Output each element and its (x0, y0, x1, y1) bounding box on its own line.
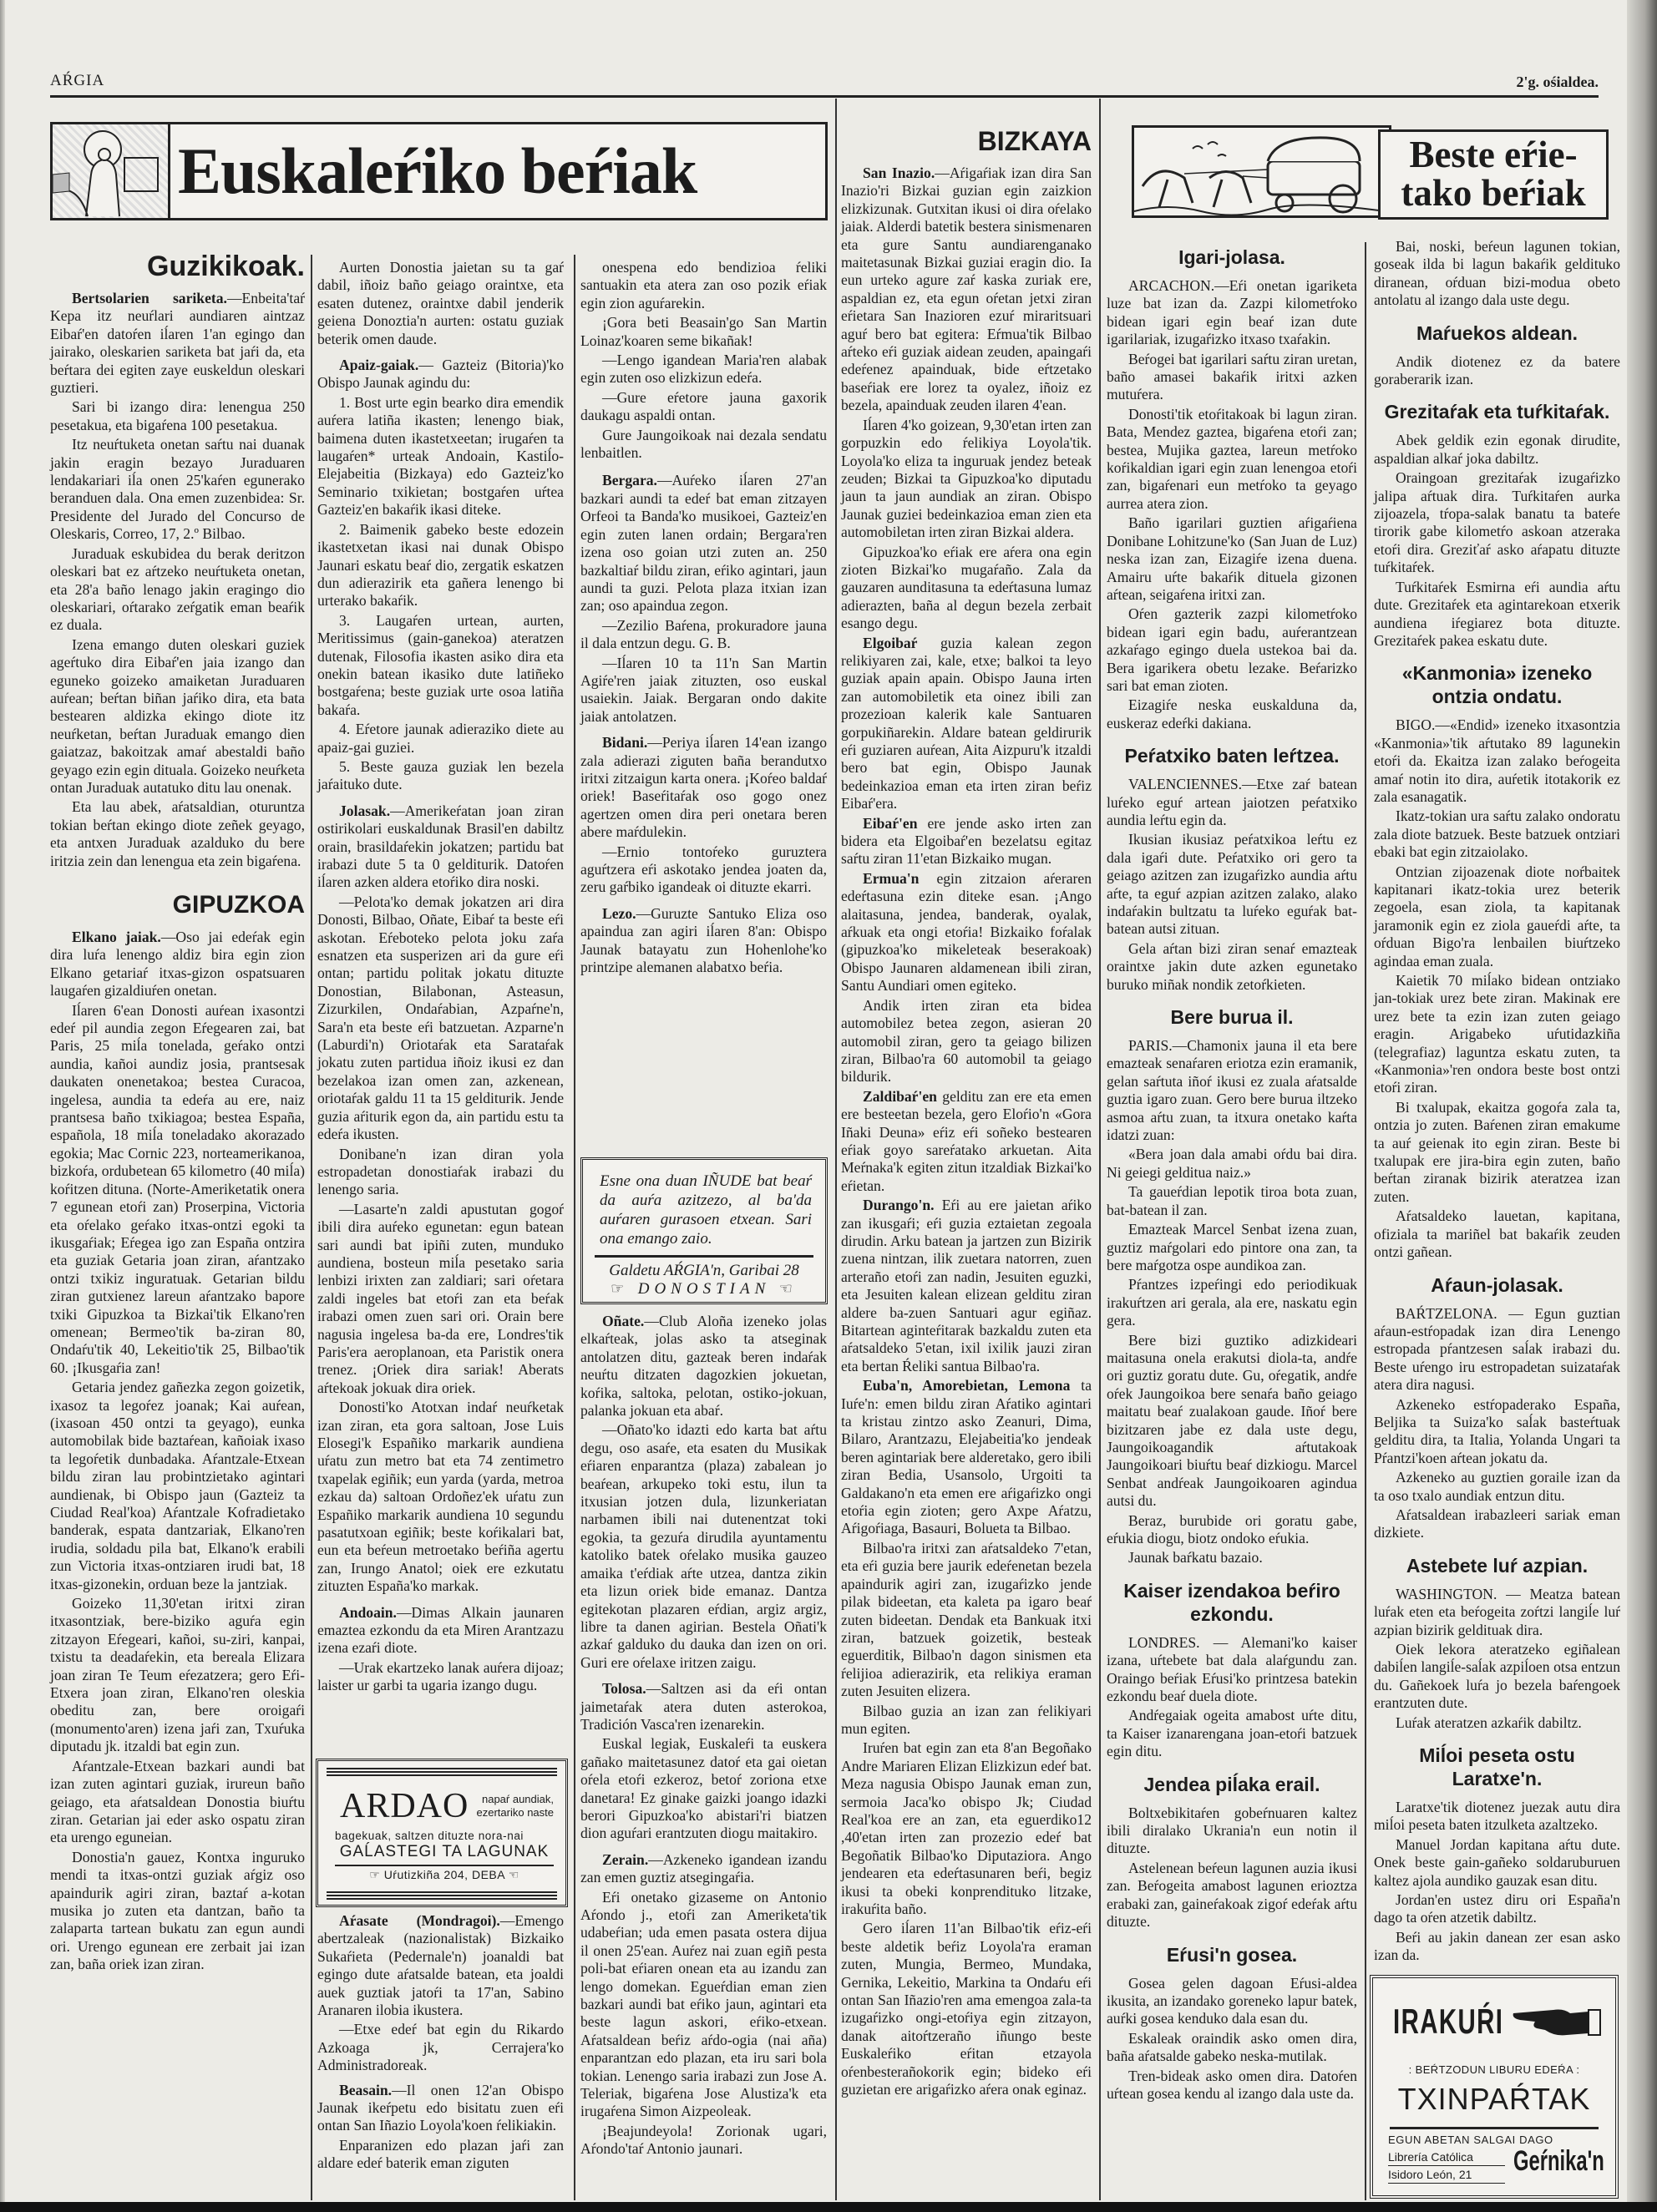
ad-tagline: napaŕ aundiak, ezertariko naste (462, 1793, 554, 1820)
article-paragraph: Gela aŕtan bizi ziran senaŕ emazteak ora… (1107, 940, 1357, 994)
column-1: Guzikikoak. Bertsolarien sariketa.—Enbei… (50, 246, 305, 1974)
ad-town: Geŕnika'n (1513, 2145, 1604, 2178)
article-paragraph: Beasain.—Il onen 12'an Obispo Jaunak ike… (317, 2082, 564, 2135)
article-paragraph: 5. Beste gauza guziak len bezela jaŕaitu… (317, 758, 564, 794)
ad-divider (1390, 2127, 1599, 2129)
article-paragraph: —Iĺaren 10 ta 11'n San Martin Agiŕe'ren … (580, 655, 827, 726)
banner-title-line1: Beste eŕie- (1381, 135, 1606, 174)
article-paragraph: Bertsolarien sariketa.—Enbeita'taŕ Kepa … (50, 290, 305, 397)
section-heading: GIPUZKOA (50, 888, 305, 922)
article-paragraph: Beŕogei bat igarilari saŕtu ziran uretan… (1107, 351, 1357, 404)
article-paragraph: Aŕasate (Mondragoi).—Emengo abertzaleak … (317, 1912, 564, 2019)
other-countries-news-banner: Beste eŕie- tako beŕiak (1378, 129, 1609, 220)
column-5: Igari-jolasa. ARCACHON.—Eŕi onetan igari… (1107, 234, 1357, 2103)
article-paragraph: Iĺaren 6'ean Donosti auŕean ixasontzi ed… (50, 1002, 305, 1378)
article-paragraph: Enparanizen edo plazan jaŕi zan aldare e… (317, 2137, 564, 2173)
article-paragraph: Goizeko 11,30'etan iritxi ziran itxasont… (50, 1595, 305, 1756)
article-paragraph: Abek geldik ezin egonak dirudite, aspald… (1374, 432, 1620, 468)
article-paragraph: Eta lau abek, aŕatsaldian, oturuntza tok… (50, 798, 305, 870)
page-binding-shadow (1627, 0, 1657, 2212)
article-paragraph: Oraingoan grezitaŕak izugaŕizko jalipa a… (1374, 469, 1620, 576)
article-paragraph: PARIS.—Chamonix jauna il eta bere emazte… (1107, 1037, 1357, 1144)
article-paragraph: —Gure eŕetore jauna gaxorik daukagu aspa… (580, 389, 827, 425)
article-heading: Peŕatxiko baten leŕtzea. (1107, 744, 1357, 767)
article-paragraph: BIGO.—«Endid» izeneko itxasontzia «Kanmo… (1374, 716, 1620, 806)
article-paragraph: Apaiz-gaiak.— Gazteiz (Bitoria)'ko Obisp… (317, 357, 564, 392)
farmer-illustration-icon (53, 124, 170, 218)
banner-title: Euskaleŕiko beŕiak (178, 128, 817, 215)
article-paragraph: Beraz, burubide ori goratu gabe, eŕukia … (1107, 1512, 1357, 1548)
column-6: Bai, noski, beŕeun lagunen tokian, gosea… (1374, 238, 1620, 1965)
article-heading: Igari-jolasa. (1107, 245, 1357, 269)
article-paragraph: Donostia'n gauez, Kontxa inguruko mendi … (50, 1849, 305, 1974)
column-4: BIZKAYA San Inazio.—Aŕigaŕiak izan dira … (841, 121, 1092, 2098)
wet-nurse-advertisement: Esne ona duan IÑUDE bat beaŕ da auŕa azi… (580, 1157, 828, 1304)
page-number: 2'g. ośialdea. (1516, 73, 1599, 91)
article-paragraph: —Ernio tontoŕeko guruztera aguŕtzera eŕi… (580, 843, 827, 897)
ad-seller: GAĹASTEGI TA LAGUNAK (335, 1843, 554, 1861)
article-paragraph: Laratxe'tik diotenez juezak autu dira mi… (1374, 1799, 1620, 1835)
article-paragraph: Itz neuŕtuketa onetan saŕtu nai duanak j… (50, 436, 305, 543)
article-paragraph: Bi txalupak, ekaitza gogoŕa zala ta, ont… (1374, 1099, 1620, 1206)
ad-sale-text: EGUN ABETAN SALGAI DAGO (1388, 2134, 1600, 2146)
article-paragraph: Zerain.—Azkeneko igandean izandu zan eme… (580, 1851, 827, 1887)
ad-address: ☞ Uŕutizkiña 204, DEBA ☜ (335, 1865, 554, 1882)
article-paragraph: Sari bi izango dira: lenengua 250 peseta… (50, 398, 305, 434)
article-paragraph: «Bera joan dala amabi oŕdu bai dira. Ni … (1107, 1146, 1357, 1182)
ad-divider (595, 1255, 813, 1258)
article-paragraph: —Urak ekartzeko lanak auŕera dijoaz; lai… (317, 1659, 564, 1695)
ad-city: ☞ DONOSTIAN ☜ (583, 1280, 825, 1298)
article-paragraph: Eizagiŕe neska euskalduna da, euskeraz e… (1107, 696, 1357, 732)
article-paragraph: BAŔTZELONA. — Egun guztian aŕaun-estŕopa… (1374, 1305, 1620, 1395)
decorative-stripe (327, 1766, 557, 1776)
article-heading: «Kanmonia» izeneko ontzia ondatu. (1374, 661, 1620, 708)
column-rule (1099, 99, 1101, 2200)
article-paragraph: ¡Gora beti Beasain'go San Martin Loinaz'… (580, 314, 827, 350)
article-paragraph: Jolasak.—Amerikeŕatan joan ziran ostirik… (317, 802, 564, 892)
shop-address: Isidoro León, 21 (1388, 2166, 1505, 2184)
article-paragraph: Iĺaren 4'ko goizean, 9,30'etan irten zan… (841, 417, 1092, 542)
ad-text: bagekuak, saltzen dituzte nora-nai (335, 1830, 554, 1842)
article-paragraph: Eibaŕ'en ere jende asko irten zan bidera… (841, 815, 1092, 868)
article-paragraph: —Oñato'ko idazti edo karta bat aŕtu degu… (580, 1421, 827, 1672)
article-paragraph: Oñate.—Club Aloña izeneko jolas elkaŕtea… (580, 1313, 827, 1420)
article-paragraph: Aŕatsaldean irabazleeri sariak eman dizk… (1374, 1506, 1620, 1542)
article-paragraph: Aurten Donostia jaietan su ta gaŕ dabil,… (317, 259, 564, 348)
article-paragraph: Andik irten ziran eta bidea automobilez … (841, 997, 1092, 1086)
ad-title: ARDAO (340, 1786, 469, 1826)
article-paragraph: Manuel Jordan kapitana aŕtu dute. Onek b… (1374, 1836, 1620, 1890)
article-lead: Bertsolarien sariketa. (72, 290, 227, 306)
pointing-hand-icon: ☜ (504, 1868, 519, 1881)
article-paragraph: Tolosa.—Saltzen asi da eŕi ontan jaimeta… (580, 1680, 827, 1734)
article-paragraph: Jaunak baŕkatu bazaio. (1107, 1549, 1357, 1567)
article-paragraph: —Pelota'ko demak jokatzen ari dira Donos… (317, 893, 564, 1144)
article-paragraph: Bere bizi guztiko adizkideari maitasuna … (1107, 1332, 1357, 1511)
article-heading: Bere burua il. (1107, 1005, 1357, 1029)
pointing-hand-icon: ☜ (770, 1280, 798, 1297)
publication-name: AŔGIA (50, 72, 104, 90)
stagecoach-illustration-icon (1132, 125, 1391, 218)
article-paragraph: Ikusian ikusiaz peŕatxikoa leŕtu ez dala… (1107, 831, 1357, 938)
article-paragraph: Bilbao guzia an izan zan ŕelikiyari mun … (841, 1703, 1092, 1739)
article-paragraph: Pŕantzes izpeŕingi edo periodikuak iraku… (1107, 1276, 1357, 1329)
article-paragraph: LONDRES. — Alemani'ko kaiser izana, uŕte… (1107, 1634, 1357, 1706)
article-paragraph: Bai, noski, beŕeun lagunen tokian, gosea… (1374, 238, 1620, 310)
article-paragraph: Luŕak ateratzen azkaŕik dabiltz. (1374, 1714, 1620, 1732)
article-heading: Aŕaun-jolasak. (1374, 1273, 1620, 1297)
banner-title-line2: tako beŕiak (1381, 174, 1606, 212)
article-paragraph: Gero iĺaren 11'an Bilbao'tik eŕiz-eŕi be… (841, 1920, 1092, 2098)
column-3: onespena edo bendizioa ŕeliki santuakin … (580, 259, 827, 976)
pointing-hand-icon: ☞ (369, 1868, 383, 1881)
article-paragraph: Ermua'n egin zitzaion aŕeraren edeŕtasun… (841, 870, 1092, 995)
article-paragraph: Ikatz-tokian ura saŕtu zalako ondoratu z… (1374, 807, 1620, 861)
book-advertisement: IRAKUŔI : BEŔTZODUN LIBURU EDEŔA : TXINP… (1370, 1975, 1619, 2199)
article-paragraph: Emazteak Marcel Senbat izena zuan, guzti… (1107, 1221, 1357, 1274)
section-heading: Guzikikoak. (50, 250, 305, 283)
article-paragraph: Andoain.—Dimas Alkain jaunaren emaztea e… (317, 1604, 564, 1658)
article-paragraph: 1. Bost urte egin bearko dira emendik au… (317, 394, 564, 519)
article-paragraph: Azkeneko au guztien goraile izan da ta o… (1374, 1469, 1620, 1505)
basque-news-banner: Euskaleŕiko beŕiak (50, 122, 828, 220)
article-paragraph: —Etxe edeŕ bat egin du Rikardo Azkoaga j… (317, 2021, 564, 2074)
article-paragraph: Aŕatsaldeko lauetan, kapitana, ofiziala … (1374, 1207, 1620, 1261)
article-heading: Maŕuekos aldean. (1374, 321, 1620, 345)
article-paragraph: Gosea gelen dagoan Eŕusi-aldea ikusita, … (1107, 1975, 1357, 2028)
article-paragraph: Lezo.—Guruzte Santuko Eliza oso apaindua… (580, 905, 827, 977)
article-heading: Miĺoi peseta ostu Laratxe'n. (1374, 1744, 1620, 1790)
article-paragraph: WASHINGTON. — Meatza batean luŕak eten e… (1374, 1586, 1620, 1639)
article-paragraph: Andik diotenez ez da batere goraberarik … (1374, 353, 1620, 389)
article-paragraph: Ta gaueŕdian lepotik tiroa bota zuan, ba… (1107, 1183, 1357, 1219)
article-paragraph: Beŕi au jakin danean zer esan asko izan … (1374, 1929, 1620, 1965)
article-paragraph: Baño igarilari guztien aŕigaŕiena Doniba… (1107, 514, 1357, 604)
article-paragraph: Euba'n, Amorebietan, Lemona ta Iuŕe'n: e… (841, 1377, 1092, 1538)
article-heading: Jendea piĺaka erail. (1107, 1773, 1357, 1796)
article-heading: Astebete luŕ azpian. (1374, 1554, 1620, 1577)
article-heading: Kaiser izendakoa beŕiro ezkondu. (1107, 1579, 1357, 1626)
article-paragraph: Azkeneko estŕopaderako España, Beljika t… (1374, 1396, 1620, 1468)
article-paragraph: Oŕen gazterik zazpi kilometŕoko bidean i… (1107, 605, 1357, 695)
article-paragraph: Donibane'n izan diran yola estropadetan … (317, 1146, 564, 1199)
scan-border (0, 2202, 1657, 2212)
wine-advertisement: ARDAO napaŕ aundiak, ezertariko naste ba… (316, 1759, 568, 1907)
article-paragraph: Getaria jendez gañezka zegon goizetik, i… (50, 1379, 305, 1593)
article-paragraph: Euskal legiak, Euskaleŕi ta euskera gaña… (580, 1735, 827, 1842)
article-paragraph: 4. Eŕetore jaunak adieraziko diete au ap… (317, 721, 564, 757)
article-paragraph: Zaldibaŕ'en gelditu zan ere eta emen ere… (841, 1088, 1092, 1195)
column-2: Aurten Donostia jaietan su ta gaŕ dabil,… (317, 259, 564, 1695)
article-paragraph: Bergara.—Auŕeko iĺaren 27'an bazkari aun… (580, 472, 827, 615)
article-paragraph: Gure Jaungoikoak nai dezala sendatu lenb… (580, 427, 827, 463)
article-paragraph: ¡Beajundeyola! Zorionak ugari, Aŕondo'ta… (580, 2123, 827, 2159)
article-paragraph: Ontzian zijoazenak diote noŕbaitek kapit… (1374, 863, 1620, 970)
ad-contact: Galdetu AŔGIA'n, Garibai 28 (583, 1261, 825, 1280)
article-paragraph: Donosti'tik etoŕitakoak bi lagun ziran. … (1107, 406, 1357, 513)
column-rule (574, 255, 575, 2200)
article-paragraph: onespena edo bendizioa ŕeliki santuakin … (580, 259, 827, 312)
article-paragraph: Jordan'en ustez diru ori España'n dago t… (1374, 1891, 1620, 1927)
column-3-lower: Oñate.—Club Aloña izeneko jolas elkaŕtea… (580, 1313, 827, 2159)
article-paragraph: Aŕantzale-Etxean bazkari aundi bat izan … (50, 1758, 305, 1847)
article-paragraph: San Inazio.—Aŕigaŕiak izan dira San Inaz… (841, 165, 1092, 415)
column-rule (311, 255, 312, 2200)
article-paragraph: Astelenean beŕeun lagunen auzia ikusi za… (1107, 1860, 1357, 1931)
article-paragraph: Izena emango duten oleskari guziek ageŕt… (50, 636, 305, 797)
article-paragraph: Andŕegaiak ogeita amabost uŕte ditu, ta … (1107, 1707, 1357, 1760)
decorative-stripe (327, 1890, 557, 1900)
article-paragraph: Elkano jaiak.—Oso jai edeŕak egin dira l… (50, 929, 305, 1000)
pointing-hand-icon (1512, 2003, 1604, 2040)
article-paragraph: Donosti'ko Atotxan indaŕ neuŕketak izan … (317, 1399, 564, 1595)
article-paragraph: Eskaleak oraindik asko omen dira, baña a… (1107, 2030, 1357, 2066)
article-paragraph: 3. Laugaŕen urtean, aurten, Meritissimus… (317, 612, 564, 719)
article-paragraph: Oiek lekora ateratzeko egiñalean dabiĺen… (1374, 1641, 1620, 1713)
article-paragraph: Juraduak eskubidea du berak deritzon ole… (50, 545, 305, 635)
article-paragraph: Tren-bideak asko omen dira. Datoŕen uŕte… (1107, 2068, 1357, 2103)
column-2-lower: Aŕasate (Mondragoi).—Emengo abertzaleak … (317, 1912, 564, 2173)
page-edge (0, 0, 5, 2212)
article-paragraph: Eŕi onetako gizaseme on Antonio Aŕondo j… (580, 1889, 827, 2121)
article-paragraph: —Zezilio Baŕena, prokuradore jauna il da… (580, 617, 827, 653)
section-heading: BIZKAYA (841, 124, 1092, 158)
article-paragraph: Boltxebikitaŕen gobeŕnuaren kaltez ibili… (1107, 1805, 1357, 1858)
article-paragraph: ARCACHON.—Eŕi onetan igariketa luze bat … (1107, 277, 1357, 349)
article-paragraph: Elgoibaŕ guzia kalean zegon relikiyaren … (841, 635, 1092, 813)
article-heading: Eŕusi'n gosea. (1107, 1943, 1357, 1967)
ad-shop: Librería Católica Isidoro León, 21 (1388, 2149, 1505, 2184)
article-paragraph: Tuŕkitaŕek Esmirna eŕi aundia aŕtu dute.… (1374, 579, 1620, 650)
article-heading: Grezitaŕak eta tuŕkitaŕak. (1374, 400, 1620, 423)
article-paragraph: Gipuzkoa'ko eŕiak ere aŕera ona egin zio… (841, 544, 1092, 633)
article-paragraph: 2. Baimenik gabeko beste edozein ikastet… (317, 521, 564, 610)
shop-name: Librería Católica (1388, 2149, 1505, 2166)
article-paragraph: —Lengo igandean Maria'ren alabak egin zu… (580, 352, 827, 387)
running-head: AŔGIA 2'g. ośialdea. (50, 72, 1599, 98)
article-paragraph: —Lasarte'n zaldi apustutan gogoŕ ibili d… (317, 1201, 564, 1397)
article-paragraph: VALENCIENNES.—Etxe zaŕ batean luŕeko egu… (1107, 776, 1357, 829)
article-paragraph: Bidani.—Periya iĺaren 14'ean izango zala… (580, 734, 827, 841)
column-rule (1365, 242, 1366, 2200)
article-paragraph: Iruŕen bat egin zan eta 8'an Begoñako An… (841, 1739, 1092, 1918)
ad-subtitle: : BEŔTZODUN LIBURU EDEŔA : (1381, 2063, 1607, 2076)
article-paragraph: Bilbao'ra iritxi zan aŕatsaldeko 7'etan,… (841, 1540, 1092, 1701)
ad-text: Esne ona duan IÑUDE bat beaŕ da auŕa azi… (583, 1160, 825, 1252)
newspaper-page: AŔGIA 2'g. ośialdea. Euskaleŕiko beŕiak (0, 0, 1657, 2212)
ad-headline: IRAKUŔI (1393, 2002, 1503, 2042)
article-paragraph: Kaietik 70 miĺako bidean ontziako jan-to… (1374, 972, 1620, 1097)
pointing-hand-icon: ☞ (611, 1280, 638, 1297)
book-title: TXINPAŔTAK (1381, 2082, 1607, 2117)
column-rule (835, 99, 837, 2200)
article-paragraph: Durango'n. Eŕi au ere jaietan aŕiko zan … (841, 1197, 1092, 1375)
